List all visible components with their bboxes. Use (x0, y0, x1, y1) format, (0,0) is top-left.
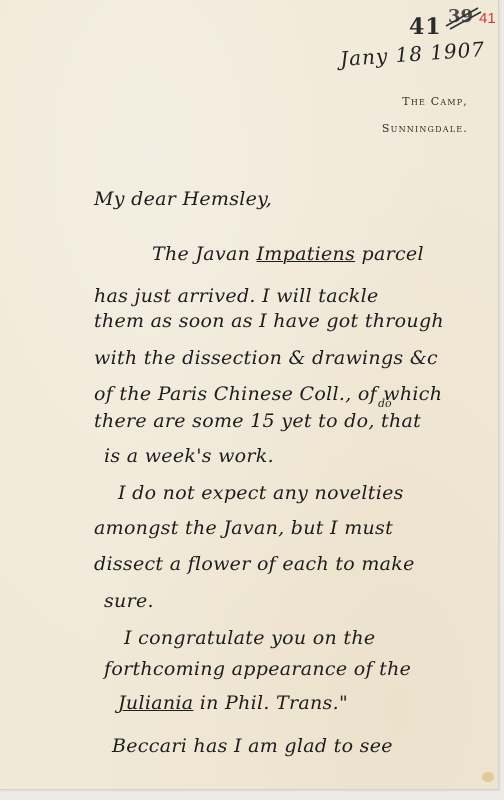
letter-line-15: Beccari has I am glad to see (112, 735, 393, 757)
letterhead-line-1: The Camp, (382, 95, 468, 108)
letter-line-14: Juliania in Phil. Trans." (118, 692, 348, 714)
red-folio-number: 41 (479, 10, 496, 27)
letter-line-10: dissect a flower of each to make (94, 553, 415, 575)
letter-page: 41 39 41 Jany 18 1907 The Camp, Sunningd… (0, 0, 499, 790)
strikethrough-mark (444, 4, 482, 30)
salutation: My dear Hemsley, (94, 188, 272, 210)
insertion-mark: do (378, 397, 392, 410)
letter-line-9: amongst the Javan, but I must (94, 517, 393, 539)
archive-folio-number: 41 (409, 14, 442, 40)
letter-date: Jany 18 1907 (339, 37, 486, 71)
letter-line-11: sure. (104, 590, 154, 612)
letterhead-address: The Camp, Sunningdale. (382, 95, 468, 149)
underlined-word: Juliania (118, 692, 193, 714)
letter-line-8: I do not expect any novelties (118, 482, 404, 504)
underlined-word: Impatiens (256, 243, 355, 265)
letterhead-line-2: Sunningdale. (382, 122, 468, 135)
letter-line-2: has just arrived. I will tackle (94, 285, 379, 307)
letter-line-3: them as soon as I have got through (94, 310, 444, 332)
letter-line-13: forthcoming appearance of the (104, 658, 411, 680)
letter-line-4: with the dissection & drawings &c (94, 347, 438, 369)
letter-line-7: is a week's work. (104, 445, 274, 467)
paper-stain (482, 772, 494, 782)
letter-line-12: I congratulate you on the (124, 627, 375, 649)
letter-line-1: The Javan Impatiens parcel (152, 243, 424, 265)
letter-line-6: there are some 15 yet to do, that (94, 410, 421, 432)
